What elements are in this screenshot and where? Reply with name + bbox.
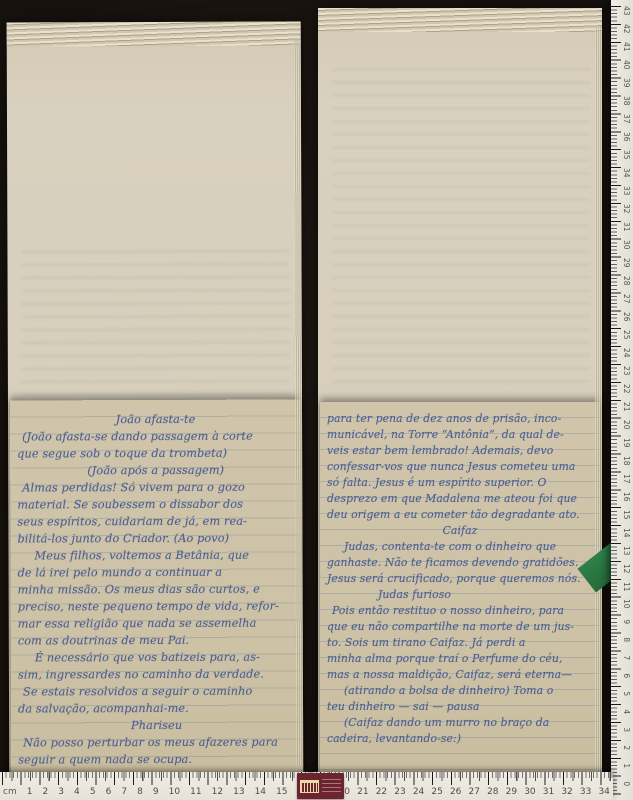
- ruler-number: 27: [469, 788, 480, 797]
- ruler-number: 16: [622, 489, 630, 503]
- manuscript-line: Judas furioso: [320, 587, 600, 603]
- ruler-number: 1: [622, 759, 630, 773]
- ruler-number: 6: [622, 669, 630, 683]
- manuscript-line: que eu não compartilhe na morte de um ju…: [320, 619, 600, 635]
- ruler-number: 13: [233, 788, 244, 797]
- manuscript-line: to. Sois um tirano Caifaz. Já perdi a: [320, 635, 600, 651]
- manuscript-line: João afasta-te: [10, 410, 301, 428]
- ruler-number: 41: [622, 40, 630, 54]
- ruler-number: 29: [622, 256, 630, 270]
- manuscript-line: da salvação, acompanhai-me.: [11, 699, 302, 717]
- ruler-number: 33: [580, 788, 591, 797]
- ruler-number: 35: [622, 148, 630, 162]
- right-manuscript-page: para ter pena de dez anos de prisão, inc…: [320, 402, 600, 790]
- manuscript-line: municável, na Torre “Antônia”, da qual d…: [320, 427, 600, 443]
- manuscript-line: de lá irei pelo mundo a continuar a: [11, 563, 302, 581]
- ruler-number: 3: [622, 723, 630, 737]
- manuscript-line: É necessário que vos batizeis para, as-: [11, 648, 302, 666]
- ruler-left-segment: cm 12345678910111213141516: [3, 772, 309, 800]
- manuscript-line: veis estar bem lembrado! Ademais, devo: [320, 443, 600, 459]
- manuscript-line: (atirando a bolsa de dinheiro) Toma o: [320, 683, 600, 699]
- manuscript-line: só falta. Jesus é um espírito superior. …: [320, 475, 600, 491]
- ruler-number: 17: [622, 471, 630, 485]
- ruler-number: 25: [622, 327, 630, 341]
- ruler-number: 31: [543, 788, 554, 797]
- manuscript-line: mas a nossa maldição, Caifaz, será etern…: [320, 667, 600, 683]
- archive-stamp: [297, 773, 344, 799]
- ruler-number: 39: [622, 76, 630, 90]
- horizontal-ruler: cm 12345678910111213141516 1920212223242…: [0, 772, 613, 800]
- vertical-ruler: 4342414039383736353433323130292827262524…: [611, 0, 633, 800]
- ruler-number: 9: [622, 615, 630, 629]
- ruler-number: 5: [90, 788, 96, 797]
- manuscript-line: mar essa religião que nada se assemelha: [11, 614, 302, 632]
- manuscript-line: Pois então restituo o nosso dinheiro, pa…: [320, 603, 600, 619]
- manuscript-line: Não posso perturbar os meus afazeres par…: [11, 733, 302, 751]
- ruler-number: 21: [622, 399, 630, 413]
- ruler-number: 24: [622, 345, 630, 359]
- ruler-right-segment: 19202122232425262728293031323334: [320, 772, 610, 800]
- ruler-number: 27: [622, 292, 630, 306]
- ruler-number: 6: [106, 788, 112, 797]
- manuscript-line: seguir a quem nada se ocupa.: [11, 750, 302, 768]
- ruler-number: 19: [622, 435, 630, 449]
- ruler-unit-label: cm: [3, 788, 17, 797]
- manuscript-line: (Caifaz dando um murro no braço da: [320, 715, 600, 731]
- manuscript-line: minha alma porque traí o Perfume do céu,: [320, 651, 600, 667]
- manuscript-line: com as doutrinas de meu Pai.: [11, 631, 302, 649]
- ruler-number: 36: [622, 130, 630, 144]
- ruler-number: 23: [622, 363, 630, 377]
- manuscript-line: ganhaste. Não te ficamos devendo gratidõ…: [320, 555, 600, 571]
- ruler-number: 11: [622, 579, 630, 593]
- ruler-number: 22: [622, 381, 630, 395]
- ruler-number: 40: [622, 58, 630, 72]
- manuscript-line: para ter pena de dez anos de prisão, inc…: [320, 411, 600, 427]
- manuscript-line: Judas, contenta-te com o dinheiro que: [320, 539, 600, 555]
- ruler-number: 30: [622, 238, 630, 252]
- ruler-number: 12: [622, 561, 630, 575]
- ruler-number: 26: [622, 309, 630, 323]
- ruler-number: 23: [394, 788, 405, 797]
- manuscript-line: Se estais resolvidos a seguir o caminho: [11, 682, 302, 700]
- ruler-number: 3: [58, 788, 64, 797]
- ruler-number: 11: [190, 788, 201, 797]
- left-manuscript-page: João afasta-te(João afasta-se dando pass…: [10, 399, 302, 792]
- manuscript-line: confessar-vos que nunca Jesus cometeu um…: [320, 459, 600, 475]
- ruler-number: 34: [622, 166, 630, 180]
- ruler-number: 2: [622, 741, 630, 755]
- ruler-number: 21: [357, 788, 368, 797]
- manuscript-line: material. Se soubessem o dissabor dos: [10, 495, 301, 513]
- ruler-number: 22: [376, 788, 387, 797]
- ruler-number: 25: [431, 788, 442, 797]
- ruler-number: 30: [524, 788, 535, 797]
- manuscript-line: Caifaz: [320, 523, 600, 539]
- ruler-number: 2: [43, 788, 49, 797]
- ink-bleed-through: [21, 250, 290, 403]
- ruler-number: 10: [622, 597, 630, 611]
- ruler-number: 31: [622, 220, 630, 234]
- ruler-number: 8: [622, 633, 630, 647]
- ruler-number: 7: [121, 788, 127, 797]
- ruler-number: 32: [561, 788, 572, 797]
- ruler-number: 34: [598, 788, 609, 797]
- right-page-stack: para ter pena de dez anos de prisão, inc…: [318, 8, 602, 792]
- ruler-number: 24: [413, 788, 424, 797]
- manuscript-line: Almas perdidas! Só vivem para o gozo: [10, 478, 301, 496]
- ruler-number: 28: [487, 788, 498, 797]
- ruler-number: 12: [212, 788, 223, 797]
- manuscript-line: deu origem a eu cometer tão degradante a…: [320, 507, 600, 523]
- manuscript-line: (João afasta-se dando passagem à corte: [10, 427, 301, 445]
- ruler-number: 14: [255, 788, 266, 797]
- ruler-number: 43: [622, 4, 630, 18]
- ruler-number: 0: [622, 777, 630, 791]
- ruler-number: 20: [622, 417, 630, 431]
- manuscript-line: preciso, neste pequeno tempo de vida, re…: [11, 597, 302, 615]
- ruler-number: 38: [622, 94, 630, 108]
- ruler-number: 37: [622, 112, 630, 126]
- ruler-number: 5: [622, 687, 630, 701]
- ruler-number: 14: [622, 525, 630, 539]
- manuscript-line: que segue sob o toque da trombeta): [10, 444, 301, 462]
- stamp-text-lines: [322, 779, 341, 794]
- manuscript-line: teu dinheiro — sai — pausa: [320, 699, 600, 715]
- ruler-number: 28: [622, 274, 630, 288]
- ruler-number: 15: [622, 507, 630, 521]
- manuscript-line: (João após a passagem): [10, 461, 301, 479]
- ruler-number: 9: [153, 788, 159, 797]
- ruler-number: 4: [74, 788, 80, 797]
- manuscript-line: desprezo em que Madalena me ateou foi qu…: [320, 491, 600, 507]
- ruler-number: 1: [27, 788, 33, 797]
- ruler-number: 26: [450, 788, 461, 797]
- ruler-number: 7: [622, 651, 630, 665]
- ruler-number: 13: [622, 543, 630, 557]
- ruler-number: 32: [622, 202, 630, 216]
- manuscript-line: bilitá-los junto do Criador. (Ao povo): [10, 529, 301, 547]
- ruler-number: 33: [622, 184, 630, 198]
- ruler-number: 29: [506, 788, 517, 797]
- ruler-number: 42: [622, 22, 630, 36]
- manuscript-line: seus espíritos, cuidariam de já, em rea-: [10, 512, 301, 530]
- manuscript-line: Phariseu: [11, 716, 302, 734]
- manuscript-line: sim, ingressardes no caminho da verdade.: [11, 665, 302, 683]
- building-icon: [300, 780, 319, 793]
- ruler-number: 4: [622, 705, 630, 719]
- ruler-number: 10: [169, 788, 180, 797]
- manuscript-line: cadeira, levantando-se:): [320, 731, 600, 747]
- ruler-number: 18: [622, 453, 630, 467]
- manuscript-line: minha missão. Os meus dias são curtos, e: [11, 580, 302, 598]
- ruler-number: 8: [137, 788, 143, 797]
- ruler-number: 15: [276, 788, 287, 797]
- manuscript-line: Jesus será crucificado, porque queremos …: [320, 571, 600, 587]
- left-page-stack: João afasta-te(João afasta-se dando pass…: [7, 21, 304, 794]
- ink-bleed-through: [332, 68, 590, 388]
- manuscript-photograph: João afasta-te(João afasta-se dando pass…: [0, 0, 633, 800]
- manuscript-line: Meus filhos, voltemos a Betânia, que: [10, 546, 301, 564]
